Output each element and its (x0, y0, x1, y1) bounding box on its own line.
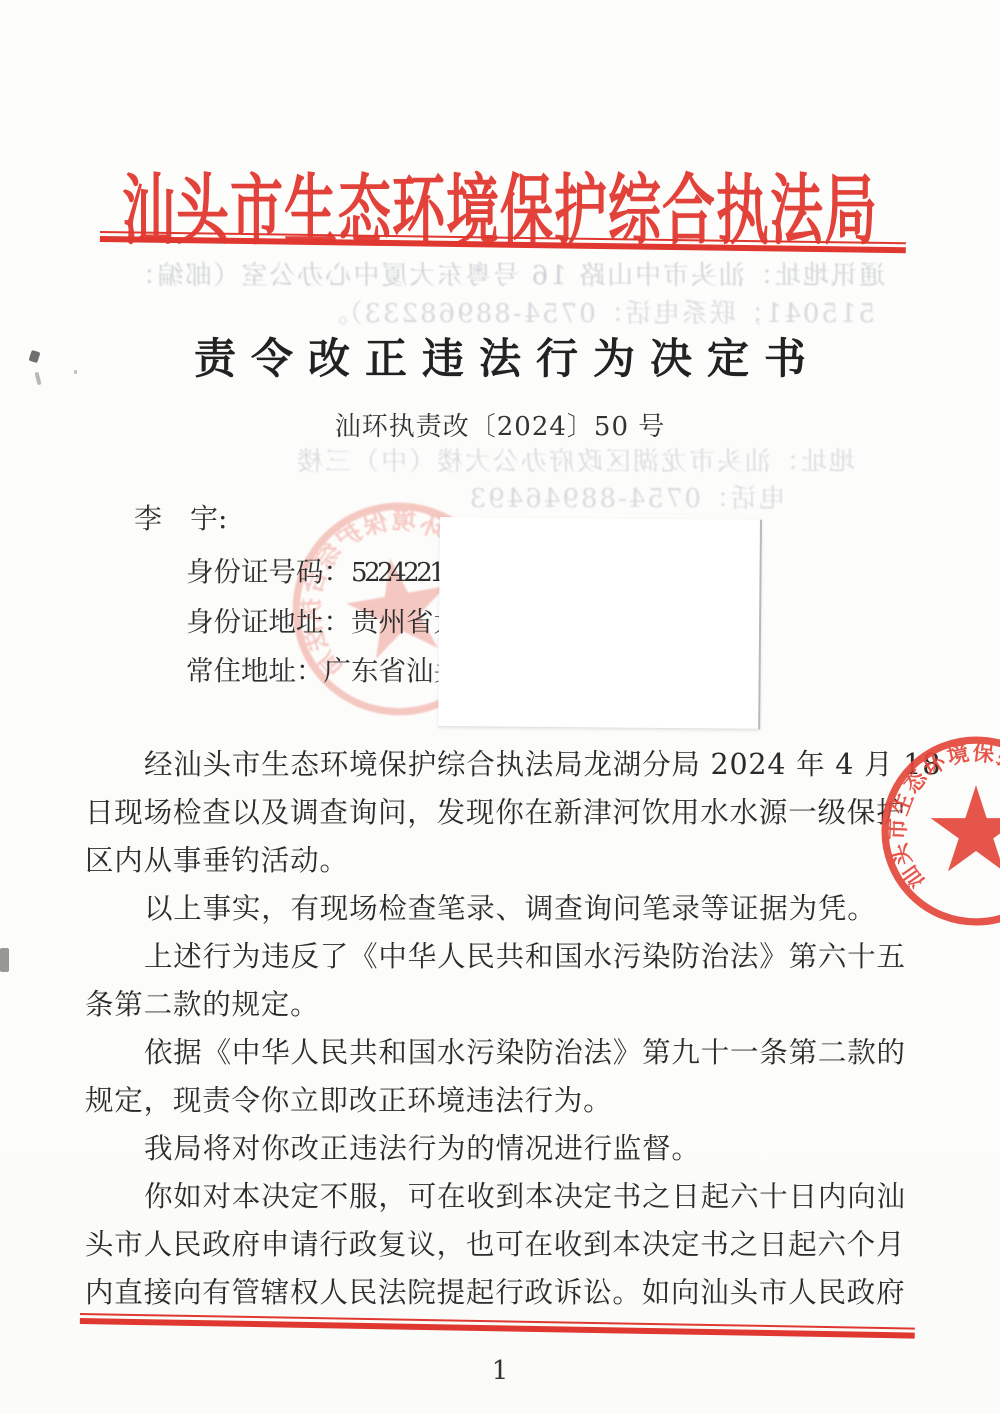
body-line: 依据《中华人民共和国水污染防治法》第九十一条第二款的 (85, 1029, 917, 1077)
official-seal-stamp: 汕头市生态环境保护综合执法局 (876, 731, 1000, 931)
redaction-paper-slip (438, 517, 762, 730)
body-line: 你如对本决定不服，可在收到本决定书之日起六十日内向汕 (85, 1173, 917, 1221)
page-number: 1 (0, 1356, 1000, 1386)
id-address-label: 身份证地址： (186, 606, 351, 638)
body-line: 日现场检查以及调查询问，发现你在新津河饮用水水源一级保护 (85, 789, 917, 837)
bleedthrough-text-row: 515041；联系电话：0754-88968233）。 (320, 293, 875, 330)
bleedthrough-text-row: 电话：0754-88946493 (545, 478, 785, 515)
body-line: 经汕头市生态环境保护综合执法局龙湖分局 2024 年 4 月 18 (85, 741, 917, 789)
seal-star-icon (931, 785, 1000, 871)
recipient-residence-address: 常住地址：广东省汕头 (186, 648, 461, 688)
body-line: 规定，现责令你立即改正环境违法行为。 (85, 1077, 917, 1125)
scan-speck (0, 948, 9, 972)
document-body: 经汕头市生态环境保护综合执法局龙湖分局 2024 年 4 月 18 日现场检查以… (85, 741, 917, 1317)
residence-label: 常住地址： (186, 655, 324, 687)
scanned-document-page: 通讯地址：汕头市中山路 16 号粤东大厦中心办公室（邮编： 515041；联系电… (0, 0, 1000, 1414)
recipient-id-address: 身份证地址：贵州省大 (186, 599, 461, 639)
bleedthrough-text-row: 地址：汕头市龙湖区政府办公大楼（中）三楼 (390, 441, 855, 478)
body-line: 我局将对你改正违法行为的情况进行监督。 (85, 1125, 917, 1173)
document-title: 责令改正违法行为决定书 (0, 326, 1000, 386)
body-line: 区内从事垂钓活动。 (85, 837, 917, 885)
recipient-name: 李 宇: (134, 497, 227, 537)
body-line: 头市人民政府申请行政复议，也可在收到本决定书之日起六个月 (85, 1221, 917, 1269)
scan-speck (74, 370, 77, 374)
body-line: 条第二款的规定。 (85, 981, 917, 1029)
id-number-label: 身份证号码： (186, 556, 351, 588)
id-number-value: 5224221 (351, 558, 442, 588)
bleedthrough-text-row: 通讯地址：汕头市中山路 16 号粤东大厦中心办公室（邮编： (130, 255, 885, 292)
recipient-id-number: 身份证号码：5224221 (186, 549, 442, 589)
body-line: 以上事实，有现场检查笔录、调查询问笔录等证据为凭。 (85, 885, 917, 933)
document-number: 汕环执责改〔2024〕50 号 (0, 406, 1000, 443)
body-line: 上述行为违反了《中华人民共和国水污染防治法》第六十五 (85, 933, 917, 981)
body-line: 内直接向有管辖权人民法院提起行政诉讼。如向汕头市人民政府 (85, 1269, 917, 1317)
